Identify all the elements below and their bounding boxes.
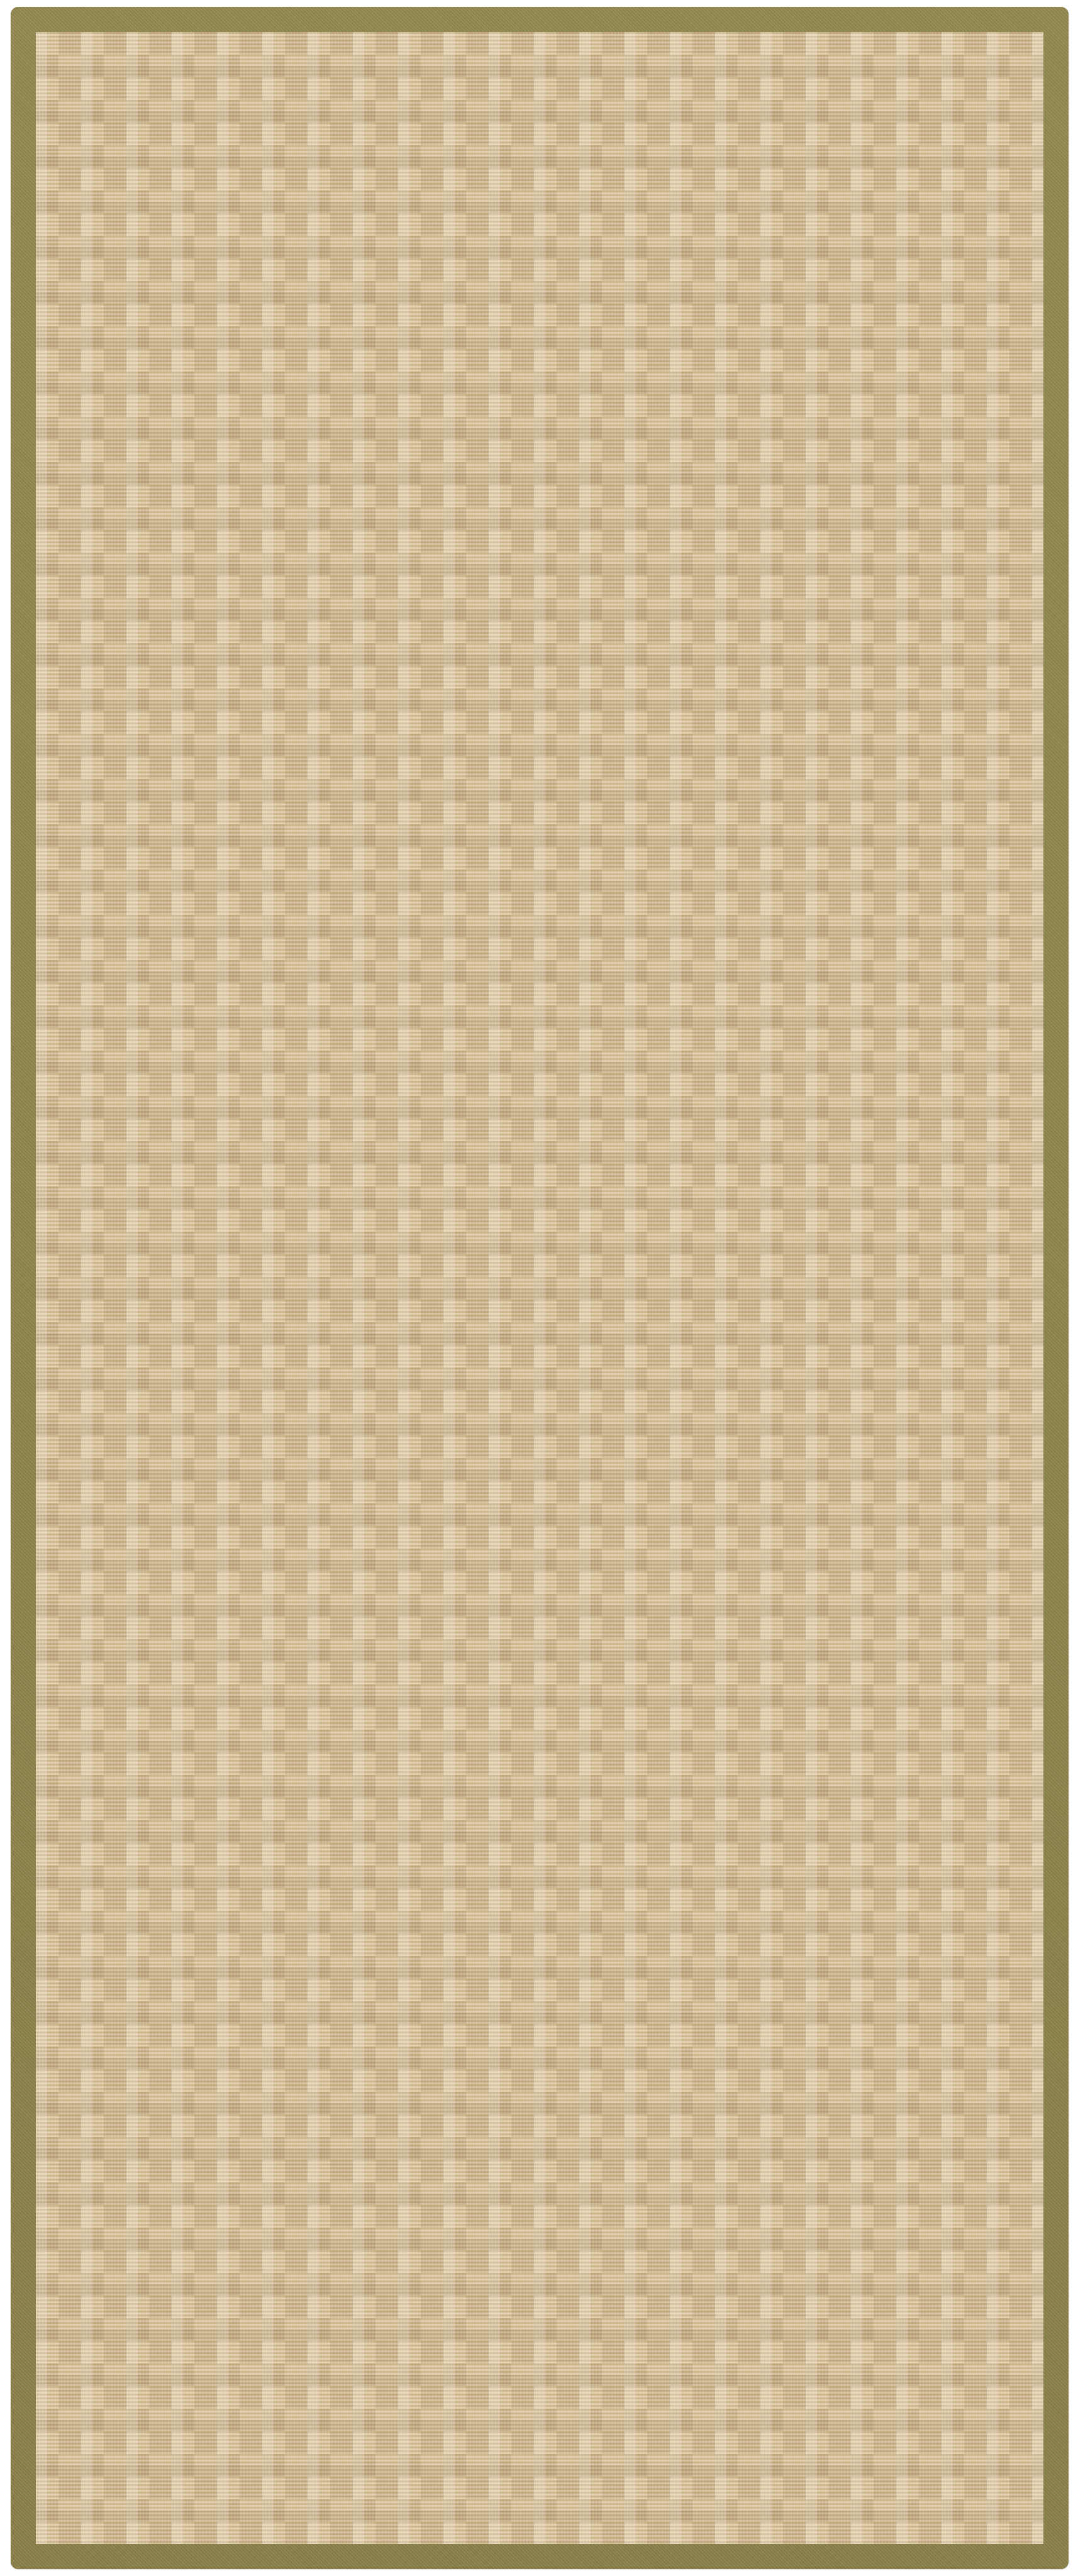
- rug: [11, 7, 1069, 2569]
- seagrass-weave-field: [36, 32, 1043, 2544]
- strand-texture: [36, 32, 1043, 2544]
